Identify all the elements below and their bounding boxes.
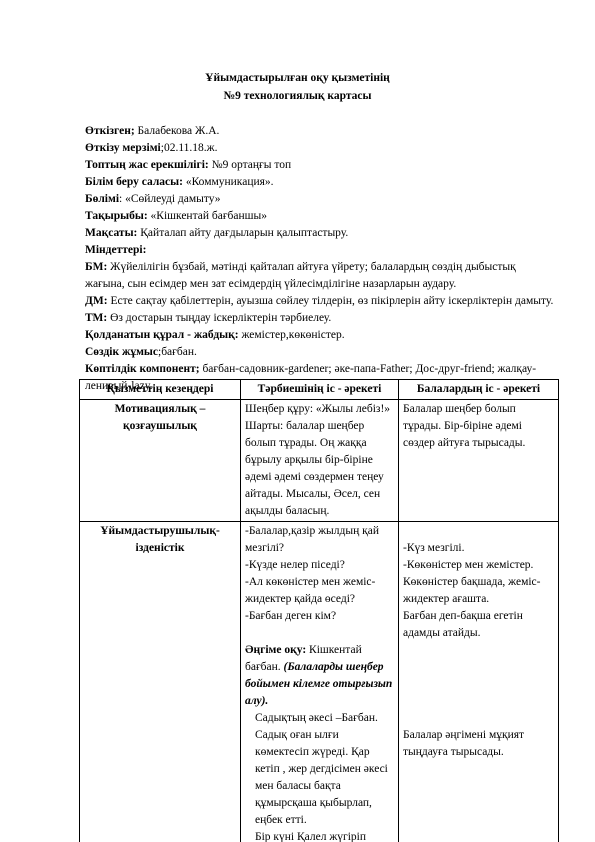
goal-line: Мақсаты: Қайталап айту дағдыларын қалыпт… <box>85 225 555 242</box>
task-tm: ТМ: Өз достарын тыңдау іскерліктерін тәр… <box>85 310 555 327</box>
header-children-actions: Балалардың іс - әрекеті <box>399 380 559 400</box>
topic-line: Тақырыбы: «Кішкентай бағбаншы» <box>85 208 555 225</box>
header-stages: Қызметтің кезеңдері <box>80 380 241 400</box>
table-row: Ұйымдастырушылық-ізденістік -Балалар,қаз… <box>80 522 559 842</box>
story-paragraph: Әңгіме оқу: Кішкентай бағбан. (Балаларды… <box>245 642 394 710</box>
teacher-cell: -Балалар,қазір жылдың қай мезгілі? -Күзд… <box>241 522 399 842</box>
vocab-line: Сөздік жұмыс;бағбан. <box>85 344 555 361</box>
table-row: Мотивациялық – қозғаушылық Шеңбер құру: … <box>80 400 559 522</box>
lesson-meta: Өткізген; Балабекова Ж.А. Өткізу мерзімі… <box>85 123 555 395</box>
tasks-heading: Міндеттері: <box>85 242 555 259</box>
task-dm: ДМ: Есте сақтау қабілеттерін, ауызша сөй… <box>85 293 555 310</box>
task-bm: БМ: Жүйелілігін бұзбай, мәтінді қайталап… <box>85 259 555 293</box>
date-line: Өткізу мерзімі;02.11.18.ж. <box>85 140 555 157</box>
section-line: Бөлімі: «Сөйлеуді дамыту» <box>85 191 555 208</box>
document-title: Ұйымдастырылған оқу қызметінің <box>0 72 595 84</box>
teacher-cell: Шеңбер құру: «Жылы лебіз!» Шарты: балала… <box>241 400 399 522</box>
header-teacher-actions: Тәрбиешінің іс - әрекеті <box>241 380 399 400</box>
equipment-line: Қолданатын құрал - жабдық: жемістер,көкө… <box>85 327 555 344</box>
lesson-table: Қызметтің кезеңдері Тәрбиешінің іс - әре… <box>79 379 559 842</box>
stage-cell: Мотивациялық – қозғаушылық <box>80 400 241 522</box>
area-line: Білім беру саласы: «Коммуникация». <box>85 174 555 191</box>
group-line: Топтың жас ерекшілігі: №9 ортаңғы топ <box>85 157 555 174</box>
table-header-row: Қызметтің кезеңдері Тәрбиешінің іс - әре… <box>80 380 559 400</box>
teacher-line: Өткізген; Балабекова Ж.А. <box>85 123 555 140</box>
children-cell: Балалар шеңбер болып тұрады. Бір-біріне … <box>399 400 559 522</box>
document-subtitle: №9 технологиялық картасы <box>0 90 595 102</box>
children-cell: -Күз мезгілі. -Көкөністер мен жемістер. … <box>399 522 559 842</box>
stage-cell: Ұйымдастырушылық-ізденістік <box>80 522 241 842</box>
